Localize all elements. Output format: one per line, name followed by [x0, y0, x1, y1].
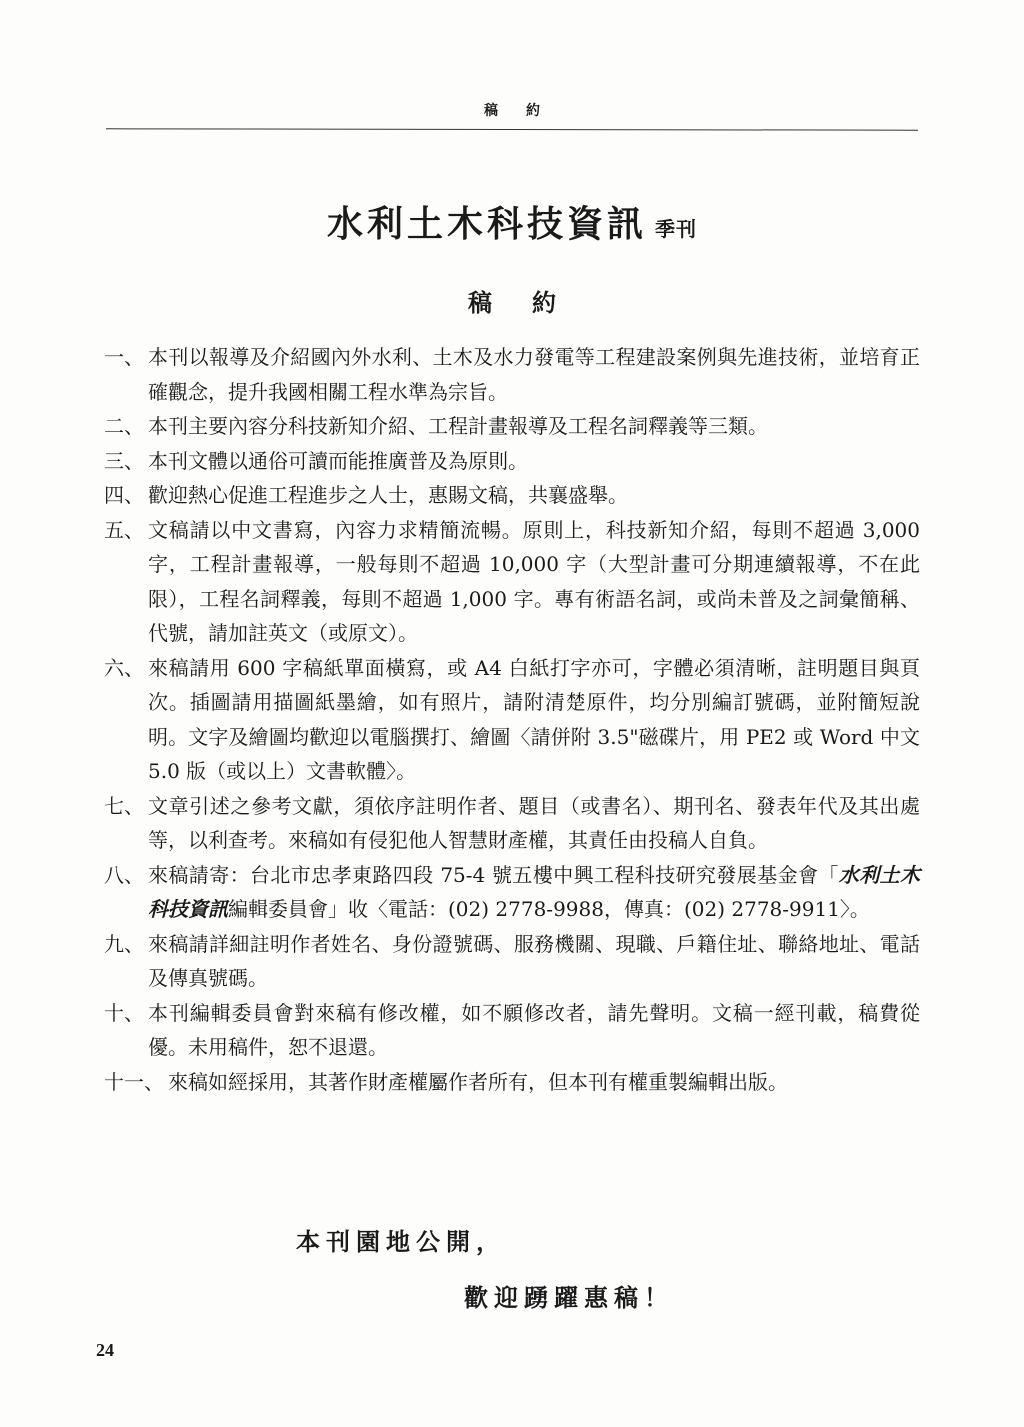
item-text: 來稿如經採用，其著作財產權屬作者所有，但本刊有權重製編輯出版。 — [168, 1065, 920, 1100]
list-item: 五、 文稿請以中文書寫，內容力求精簡流暢。原則上，科技新知介紹，每則不超過 3,… — [104, 513, 920, 651]
journal-title-sub: 季刊 — [655, 217, 697, 241]
item-number: 十、 — [104, 996, 148, 1065]
list-item: 一、 本刊以報導及介紹國內外水利、土木及水力發電等工程建設案例與先進技術，並培育… — [104, 340, 920, 409]
closing-line-1: 本刊園地公開， — [296, 1222, 506, 1257]
item-text: 文章引述之參考文獻，須依序註明作者、題目（或書名）、期刊名、發表年代及其出處等，… — [148, 789, 920, 858]
list-item: 十、 本刊編輯委員會對來稿有修改權，如不願修改者，請先聲明。文稿一經刊載，稿費從… — [104, 996, 920, 1065]
item-number: 四、 — [104, 478, 148, 513]
list-item: 八、 來稿請寄：台北市忠孝東路四段 75-4 號五樓中興工程科技研究發展基金會「… — [104, 858, 920, 927]
item-text: 本刊文體以通俗可讀而能推廣普及為原則。 — [148, 444, 920, 479]
list-item: 六、 來稿請用 600 字稿紙單面橫寫，或 A4 白紙打字亦可，字體必須清晰，註… — [104, 651, 920, 789]
address-text: 來稿請寄：台北市忠孝東路四段 75-4 號五樓中興工程科技研究發展基金會「 — [148, 863, 839, 887]
guidelines-list: 一、 本刊以報導及介紹國內外水利、土木及水力發電等工程建設案例與先進技術，並培育… — [104, 340, 920, 1099]
page-number: 24 — [96, 1340, 114, 1361]
journal-title-main: 水利土木科技資訊 — [327, 203, 647, 245]
item-number: 十一、 — [104, 1065, 168, 1100]
running-head: 稿約 — [0, 100, 1024, 120]
item-number: 五、 — [104, 513, 148, 651]
item-number: 六、 — [104, 651, 148, 789]
list-item: 四、 歡迎熱心促進工程進步之人士，惠賜文稿，共襄盛舉。 — [104, 478, 920, 513]
item-number: 九、 — [104, 927, 148, 996]
item-number: 七、 — [104, 789, 148, 858]
list-item: 二、 本刊主要內容分科技新知介紹、工程計畫報導及工程名詞釋義等三類。 — [104, 409, 920, 444]
item-text: 來稿請寄：台北市忠孝東路四段 75-4 號五樓中興工程科技研究發展基金會「水利土… — [148, 858, 920, 927]
list-item: 三、 本刊文體以通俗可讀而能推廣普及為原則。 — [104, 444, 920, 479]
item-text: 文稿請以中文書寫，內容力求精簡流暢。原則上，科技新知介紹，每則不超過 3,000… — [148, 513, 920, 651]
item-text: 本刊以報導及介紹國內外水利、土木及水力發電等工程建設案例與先進技術，並培育正確觀… — [148, 340, 920, 409]
list-item: 十一、 來稿如經採用，其著作財產權屬作者所有，但本刊有權重製編輯出版。 — [104, 1065, 920, 1100]
header-rule — [106, 128, 918, 130]
item-text: 來稿請用 600 字稿紙單面橫寫，或 A4 白紙打字亦可，字體必須清晰，註明題目… — [148, 651, 920, 789]
section-title: 稿約 — [0, 283, 1024, 318]
item-text: 歡迎熱心促進工程進步之人士，惠賜文稿，共襄盛舉。 — [148, 478, 920, 513]
item-text: 本刊主要內容分科技新知介紹、工程計畫報導及工程名詞釋義等三類。 — [148, 409, 920, 444]
list-item: 九、 來稿請詳細註明作者姓名、身份證號碼、服務機關、現職、戶籍住址、聯絡地址、電… — [104, 927, 920, 996]
contact-text: 編輯委員會」收〈電話：(02) 2778-9988，傳真：(02) 2778-9… — [228, 897, 870, 921]
item-number: 二、 — [104, 409, 148, 444]
closing-line-2: 歡迎踴躍惠稿！ — [464, 1278, 674, 1313]
item-text: 本刊編輯委員會對來稿有修改權，如不願修改者，請先聲明。文稿一經刊載，稿費從優。未… — [148, 996, 920, 1065]
list-item: 七、 文章引述之參考文獻，須依序註明作者、題目（或書名）、期刊名、發表年代及其出… — [104, 789, 920, 858]
journal-title: 水利土木科技資訊季刊 — [0, 196, 1024, 247]
item-text: 來稿請詳細註明作者姓名、身份證號碼、服務機關、現職、戶籍住址、聯絡地址、電話及傳… — [148, 927, 920, 996]
item-number: 一、 — [104, 340, 148, 409]
item-number: 八、 — [104, 858, 148, 927]
item-number: 三、 — [104, 444, 148, 479]
